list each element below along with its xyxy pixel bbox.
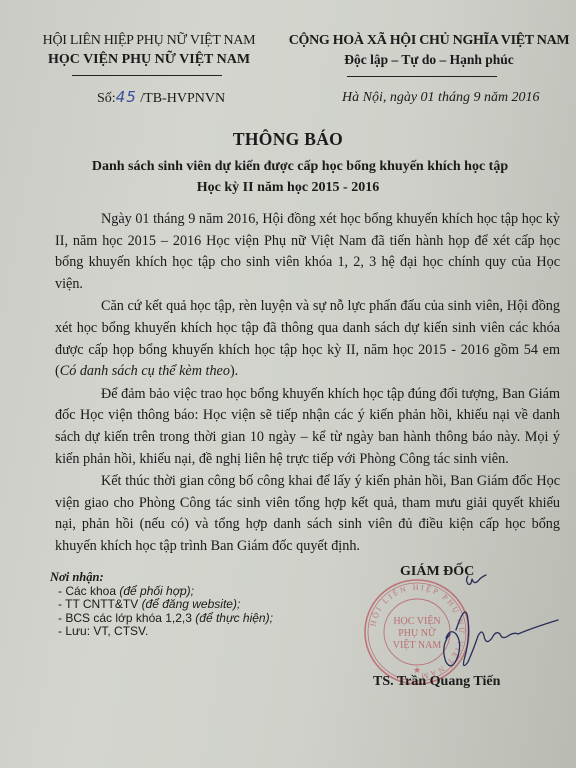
header-divider-right <box>347 76 497 77</box>
paragraph-2-end: ). <box>230 363 238 379</box>
recipient-item: - Các khoa (để phối hợp); <box>50 585 273 599</box>
doc-number-prefix: Số: <box>97 91 116 106</box>
recipients-block: Nơi nhận: - Các khoa (để phối hợp); - TT… <box>50 571 273 639</box>
recipient-item: - TT CNTT&TV (để đăng website); <box>50 598 273 612</box>
document-number: Số:45 /TB-HVPNVN <box>97 88 225 107</box>
recipient-item: - BCS các lớp khóa 1,2,3 (để thực hiện); <box>50 612 273 626</box>
recipient-note: (để thực hiện); <box>195 611 273 625</box>
paragraph-3: Để đảm bảo việc trao học bổng khuyến khí… <box>55 384 560 470</box>
paragraph-4: Kết thúc thời gian công bố công khai để … <box>55 471 560 557</box>
doc-number-suffix: /TB-HVPNVN <box>140 91 225 106</box>
notice-document: HỘI LIÊN HIỆP PHỤ NỮ VIỆT NAM HỌC VIỆN P… <box>0 0 576 768</box>
national-motto: Độc lập – Tự do – Hạnh phúc <box>288 52 570 68</box>
doc-number-handwritten: 45 <box>116 88 137 106</box>
header-divider-left <box>72 75 222 76</box>
recipient-note: (để đăng website); <box>142 597 241 611</box>
recipient-text: - Các khoa <box>58 584 119 598</box>
document-title: THÔNG BÁO <box>0 129 576 150</box>
recipient-text: - Lưu: VT, CTSV. <box>58 624 148 638</box>
recipients-label: Nơi nhận: <box>50 571 273 585</box>
recipient-item: - Lưu: VT, CTSV. <box>50 625 273 639</box>
signer-name: TS. Trần Quang Tiến <box>373 674 500 690</box>
document-subtitle: Danh sách sinh viên dự kiến được cấp học… <box>0 159 576 175</box>
recipient-text: - TT CNTT&TV <box>58 597 142 611</box>
issuing-organization: HỌC VIỆN PHỤ NỮ VIỆT NAM <box>34 52 264 68</box>
national-title: CỘNG HOÀ XÃ HỘI CHỦ NGHĨA VIỆT NAM <box>288 33 570 49</box>
handwritten-signature-icon <box>420 570 570 680</box>
recipient-text: - BCS các lớp khóa 1,2,3 <box>58 611 195 625</box>
paragraph-2: Căn cứ kết quả học tập, rèn luyện và sự … <box>55 296 560 382</box>
paragraph-1: Ngày 01 tháng 9 năm 2016, Hội đồng xét h… <box>55 209 560 295</box>
place-and-date: Hà Nội, ngày 01 tháng 9 năm 2016 <box>342 90 540 106</box>
notice-body: Ngày 01 tháng 9 năm 2016, Hội đồng xét h… <box>55 209 560 559</box>
recipient-note: (để phối hợp); <box>119 584 194 598</box>
parent-organization: HỘI LIÊN HIỆP PHỤ NỮ VIỆT NAM <box>34 33 264 49</box>
paragraph-2-note: Có danh sách cụ thể kèm theo <box>60 363 230 379</box>
document-term: Học kỳ II năm học 2015 - 2016 <box>0 180 576 196</box>
